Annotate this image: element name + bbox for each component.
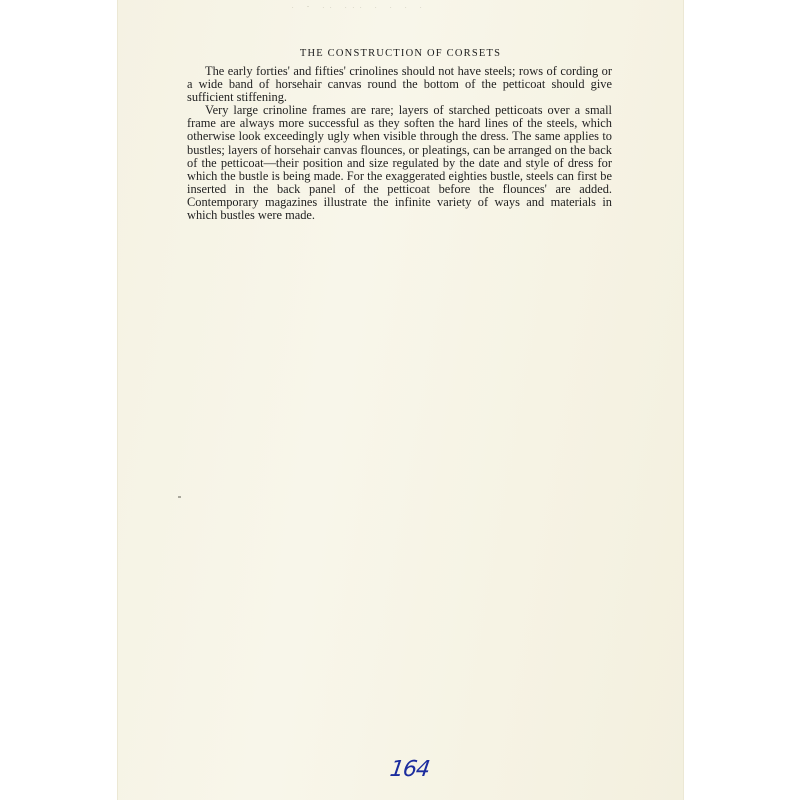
paper-speck — [178, 496, 181, 498]
running-head: THE CONSTRUCTION OF CORSETS — [117, 48, 684, 59]
handwritten-page-number: 164 — [388, 757, 431, 782]
bleed-through-marks: . - .. ... . . . . — [292, 4, 472, 10]
paragraph: Very large crinoline frames are rare; la… — [187, 104, 612, 222]
scanned-page: . - .. ... . . . . THE CONSTRUCTION OF C… — [117, 0, 684, 800]
body-text: The early forties' and fifties' crinolin… — [187, 65, 612, 222]
paragraph: The early forties' and fifties' crinolin… — [187, 65, 612, 104]
